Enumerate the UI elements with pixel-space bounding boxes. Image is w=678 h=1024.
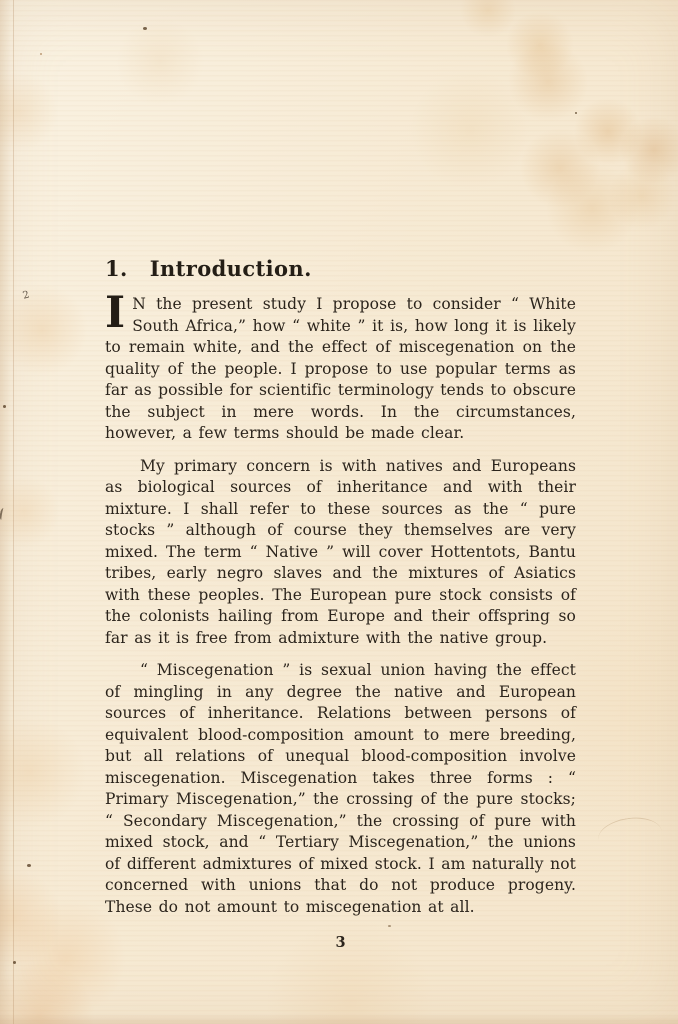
dirt-speck <box>40 53 42 55</box>
text-block: 1.Introduction. IN the present study I p… <box>105 256 576 929</box>
body-paragraph-2: My primary concern is with natives and E… <box>105 456 576 650</box>
book-page-scan: 2 1.Introduction. IN the present study I… <box>0 0 678 1024</box>
page-bottom-edge-shadow <box>0 1014 678 1024</box>
dirt-speck <box>13 961 16 964</box>
body-paragraph-3: “ Miscegenation ” is sexual union having… <box>105 660 576 918</box>
dirt-speck <box>575 112 577 114</box>
intro-paragraph: IN the present study I propose to consid… <box>105 294 576 445</box>
section-title: Introduction. <box>150 256 312 281</box>
dirt-speck <box>143 27 147 30</box>
paper-crease-line <box>596 814 664 858</box>
section-number: 1. <box>105 256 128 281</box>
margin-pen-mark: 2 <box>22 290 31 301</box>
dirt-speck <box>27 864 31 867</box>
dirt-speck <box>3 405 6 408</box>
intro-paragraph-text: N the present study I propose to conside… <box>105 295 576 442</box>
section-heading: 1.Introduction. <box>105 256 576 281</box>
page-number: 3 <box>105 934 576 951</box>
dropcap-letter: I <box>105 294 132 330</box>
